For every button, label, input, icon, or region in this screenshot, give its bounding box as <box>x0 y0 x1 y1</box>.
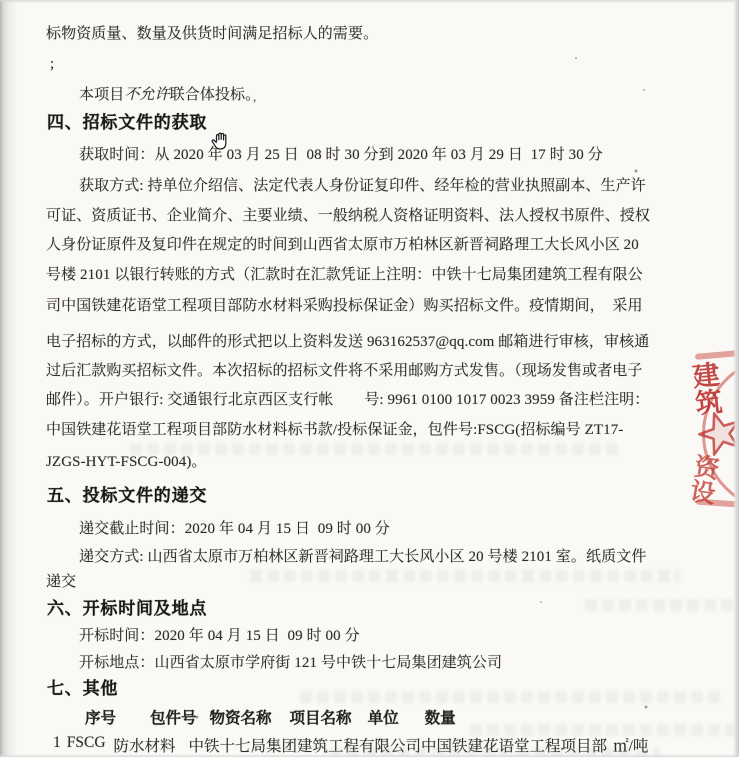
col-header-seq: 序号 <box>85 706 116 728</box>
obtain-method-line: JZGS-HYT-FSCG-004)。 <box>46 453 207 471</box>
obtain-method-line: 获取方式: 持单位介绍信、法定代表人身份证复印件、经年检的营业执照副本、生产许 <box>79 177 646 195</box>
bleed-through-ghost <box>585 599 735 611</box>
open-place-line: 开标地点：山西省太原市学府街 121 号中铁十七局集团建筑公司 <box>79 654 502 672</box>
row-seq: 1 <box>53 734 61 752</box>
obtain-method-line: 邮件）。开户银行: 交通银行北京西区支行帐 号: 9961 0100 1017 … <box>46 391 649 409</box>
red-seal-stamp: 建筑 资设 <box>690 348 739 514</box>
section-5-heading: 五、投标文件的递交 <box>47 486 207 506</box>
bleed-through-ghost <box>130 443 620 455</box>
scan-edge-top <box>0 0 739 3</box>
intro-line: 标物资质量、数量及供货时间满足招标人的需要。 <box>46 25 378 43</box>
stray-semicolon: ; <box>50 55 54 73</box>
bleed-through-ghost <box>300 691 720 703</box>
submit-deadline-line: 递交截止时间：2020 年 04 月 15 日 09 时 00 分 <box>79 520 390 538</box>
stray-comma-mark: , <box>253 89 256 105</box>
joint-bid-prefix: 本项目 <box>79 87 124 103</box>
table-header-row: 序号 包件号 物资名称 项目名称 单位 数量 <box>85 706 456 728</box>
col-header-project: 项目名称 <box>290 706 352 728</box>
section-7-heading: 七、其他 <box>47 679 118 699</box>
obtain-method-line: 号楼 2101 以银行转账的方式（汇款时在汇款凭证上注明：中铁十七局集团建筑工程… <box>46 266 643 284</box>
scanned-tender-document-page: 标物资质量、数量及供货时间满足招标人的需要。 ; 本项目不允许联合体投标。 , … <box>0 0 739 757</box>
col-header-material: 物资名称 <box>210 706 272 728</box>
obtain-method-line: 电子招标的方式，以邮件的形式把以上资料发送 963162537@qq.com 邮… <box>46 333 649 351</box>
joint-bid-suffix: 联合体投标。 <box>170 87 261 103</box>
row-material: 防水材料 <box>114 734 176 756</box>
row-package: FSCG <box>67 734 106 752</box>
bleed-through-ghost <box>330 747 660 757</box>
bleed-through-ghost <box>470 724 735 736</box>
submit-method-line: 递交方式: 山西省太原市万柏林区新晋祠路理工大长风小区 20 号楼 2101 室… <box>79 548 646 566</box>
obtain-method-line: 过后汇款购买招标文件。本次招标的招标文件将不采用邮购方式发售。（现场发售或者电子 <box>46 362 643 380</box>
obtain-method-line: 中国铁建花语堂工程项目部防水材料标书款/投标保证金，包件号:FSCG(招标编号 … <box>46 421 623 439</box>
joint-bid-line: 本项目不允许联合体投标。 <box>79 86 260 104</box>
obtain-method-line: 可证、资质证书、企业简介、主要业绩、一般纳税人资格证明资料、法人授权书原件、授权 <box>46 207 650 225</box>
col-header-quantity: 数量 <box>425 706 456 728</box>
col-header-package: 包件号 <box>150 706 197 728</box>
section-6-heading: 六、开标时间及地点 <box>47 599 207 619</box>
section-4-heading: 四、招标文件的获取 <box>47 113 207 133</box>
seal-arc-top <box>695 350 739 360</box>
open-time-line: 开标时间：2020 年 04 月 15 日 09 时 00 分 <box>79 627 360 645</box>
scan-specks <box>0 0 2 2</box>
obtain-method-line: 司中国铁建花语堂工程项目部防水材料采购投标保证金）购买招标文件。疫情期间， 采用 <box>46 297 643 315</box>
bleed-through-ghost <box>250 570 680 582</box>
joint-bid-emphasis: 不允许 <box>124 87 169 103</box>
scan-edge-left <box>0 0 18 757</box>
obtain-method-line: 人身份证原件及复印件在规定的时间到山西省太原市万柏林区新晋祠路理工大长风小区 2… <box>46 236 639 254</box>
hand-cursor-icon <box>206 127 236 157</box>
submit-method-line: 递交 <box>46 573 76 591</box>
col-header-unit: 单位 <box>368 706 399 728</box>
obtain-time-line: 获取时间：从 2020 年 03 月 25 日 08 时 30 分到 2020 … <box>79 146 603 164</box>
